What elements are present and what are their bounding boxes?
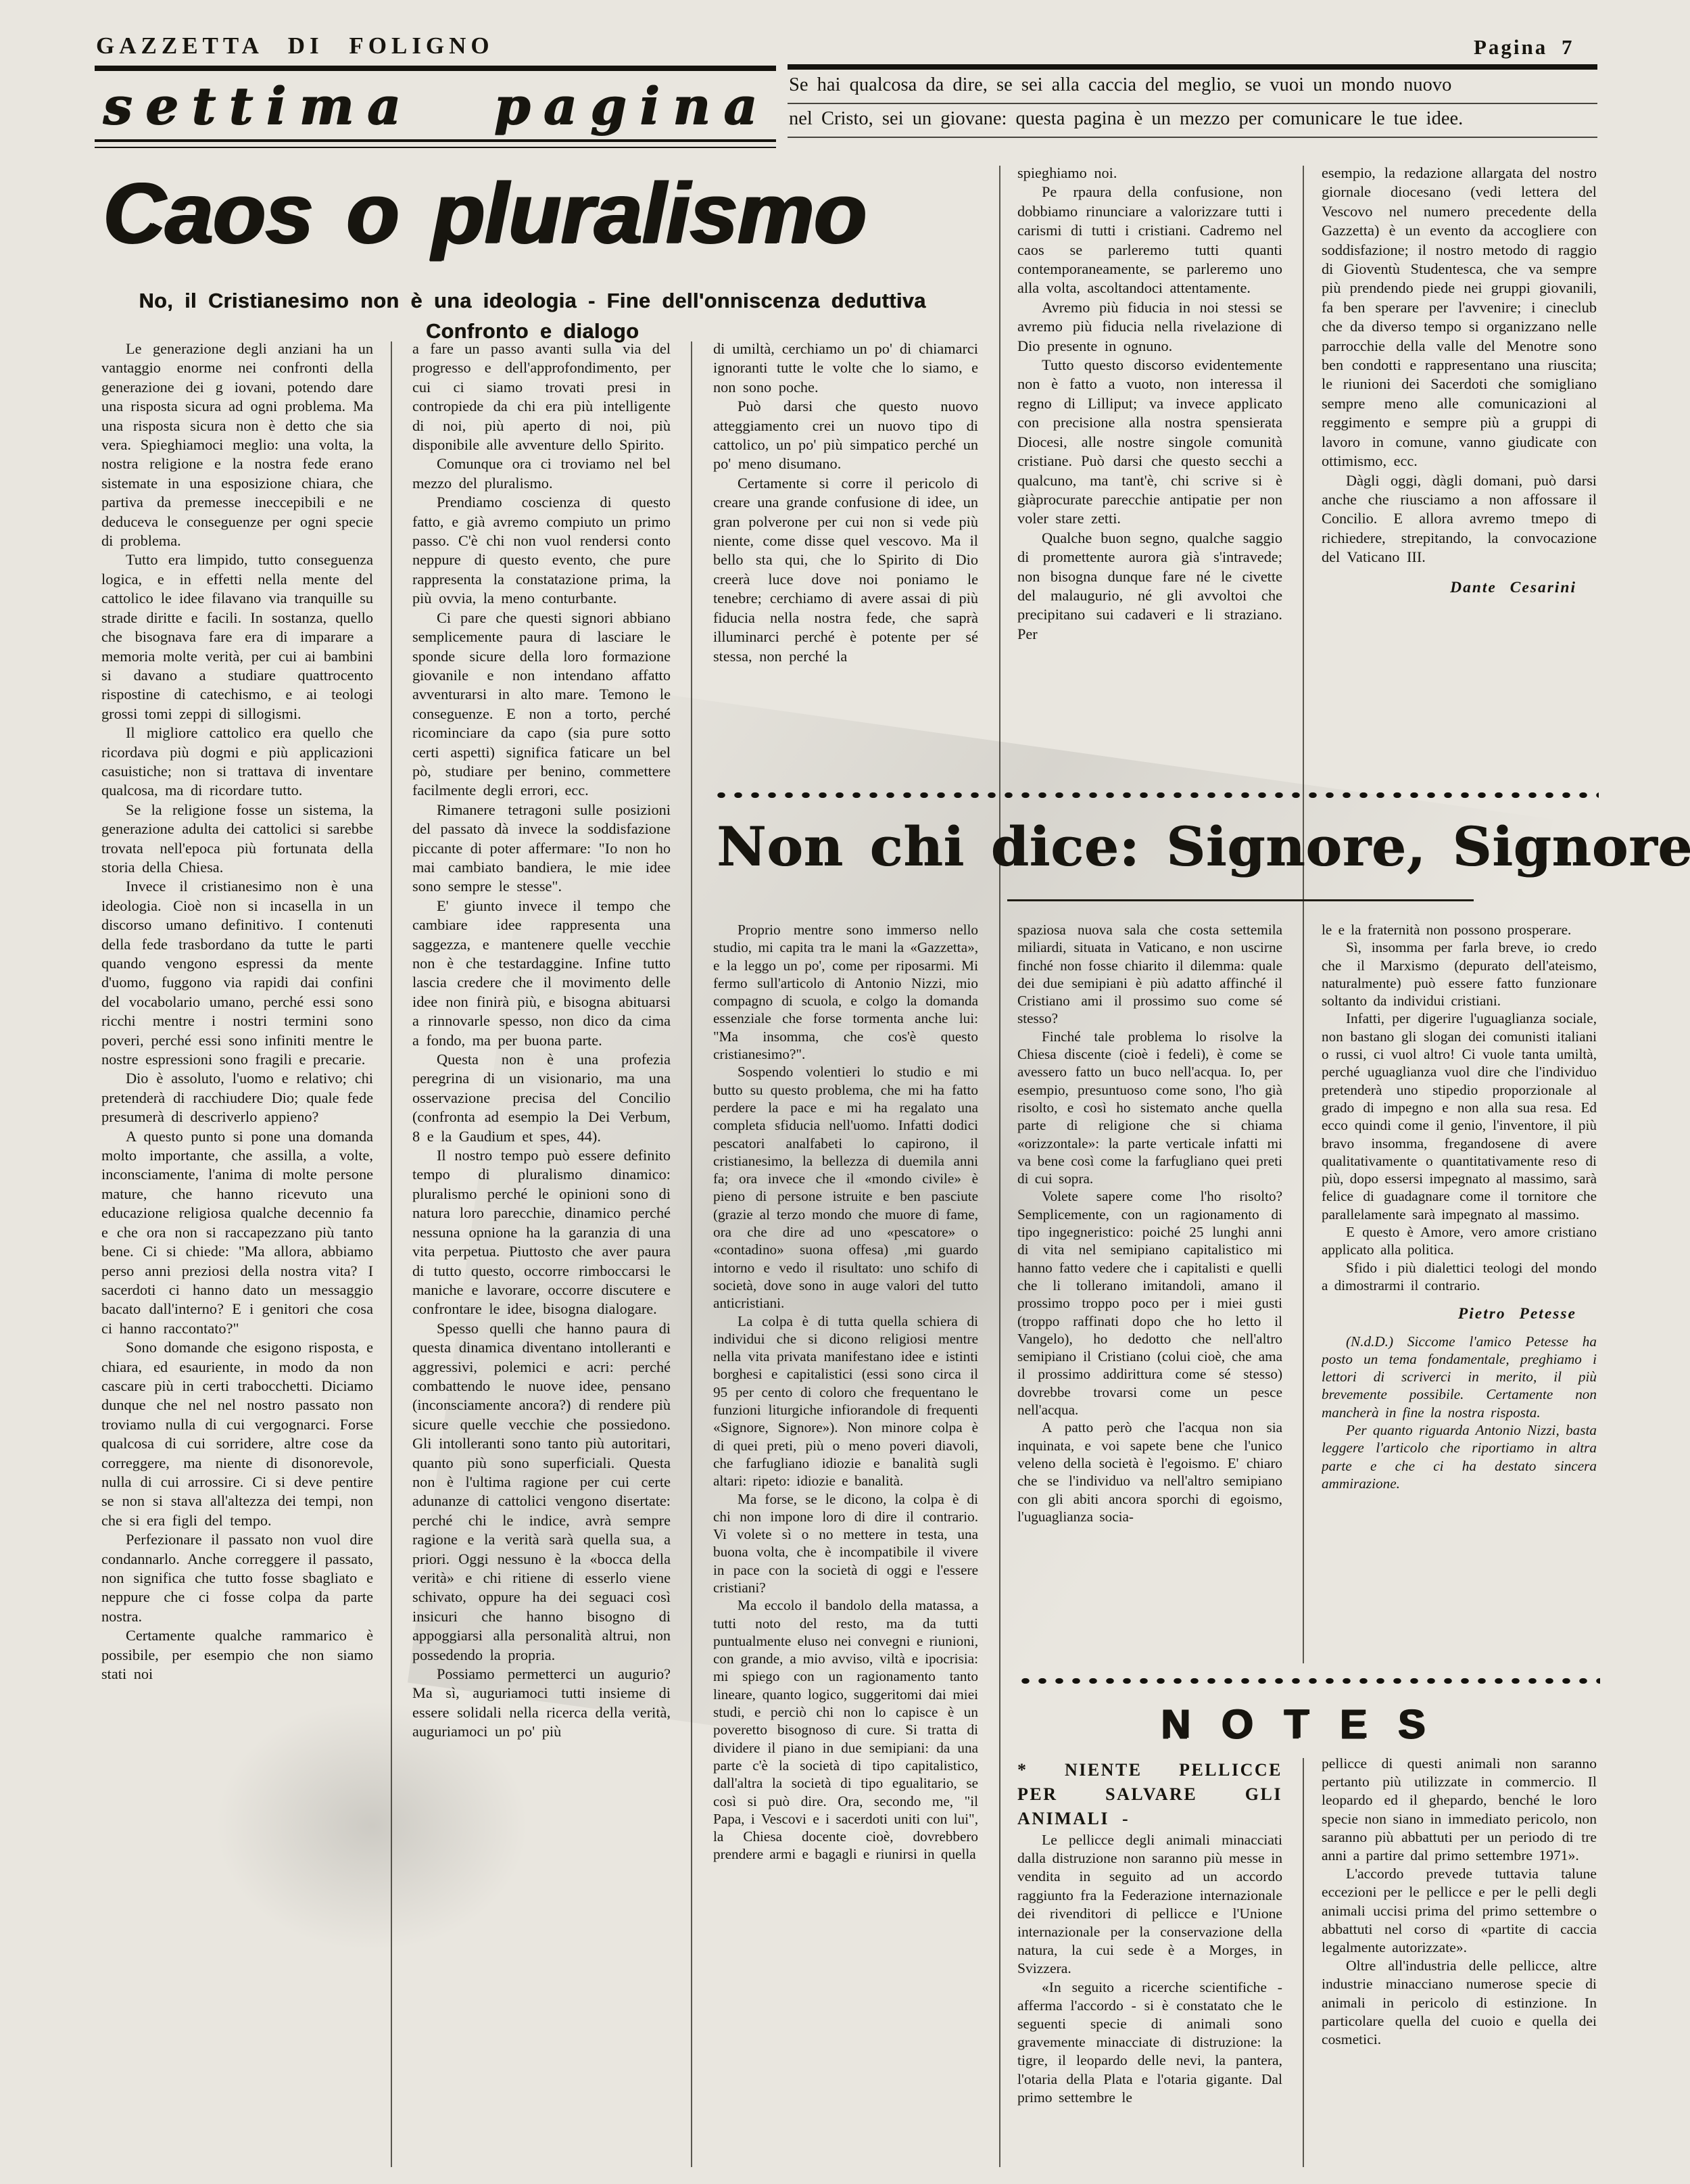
article2-column-C-text: le e la fraternità non possono prosperar… [1322,921,1597,1294]
paragraph: spieghiamo noi. [1017,164,1282,183]
article2-column-B: spaziosa nuova sala che costa settemila … [1017,921,1282,1665]
paragraph: (N.d.D.) Siccome l'amico Petesse ha post… [1322,1333,1597,1421]
paragraph: Finché tale problema lo risolve la Chies… [1017,1028,1282,1188]
paragraph: Ci pare che questi signori abbiano sempl… [412,609,671,801]
paragraph: Volete sapere come l'ho risolto? Semplic… [1017,1187,1282,1419]
paragraph: Dàgli oggi, dàgli domani, può darsi anch… [1322,471,1597,567]
tagline-line2: nel Cristo, sei un giovane: questa pagin… [788,104,1597,138]
paragraph: Spesso quelli che hanno paura di questa … [412,1319,671,1665]
paragraph: Infatti, per digerire l'uguaglianza soci… [1322,1010,1597,1223]
notes-column-1: * NIENTE PELLICCE PER SALVARE GLI ANIMAL… [1017,1758,1282,2167]
paragraph: Certamente qualche rammarico è possibile… [101,1626,373,1684]
article1-headline: Caos o pluralismo [103,164,866,262]
paragraph: A patto però che l'acqua non sia inquina… [1017,1419,1282,1525]
article2-headline: Non chi dice: Signore, Signore,... [717,815,1690,878]
paragraph: Il nostro tempo può essere definito temp… [412,1146,671,1319]
paragraph: Se la religione fosse un sistema, la gen… [101,801,373,878]
notes-column-1-text: Le pellicce degli animali minacciati dal… [1017,1831,1282,2107]
masthead-rule-left [95,66,776,71]
article1-column-2: a fare un passo avanti sulla via del pro… [412,339,671,2167]
paragraph: Tutto era limpido, tutto conseguenza log… [101,550,373,723]
paragraph: Può darsi che questo nuovo atteggiamento… [713,397,978,474]
masthead: GAZZETTA DI FOLIGNO [96,32,494,60]
paragraph: Avremo più fiducia in noi stessi se avre… [1017,298,1282,356]
paragraph: La colpa è di tutta quella schiera di in… [713,1312,978,1490]
paragraph: Ma forse, se le dicono, la colpa è di ch… [713,1490,978,1597]
paragraph: di umiltà, cerchiamo un po' di chiamarci… [713,339,978,397]
section-title: settima pagina [103,76,770,136]
article1-subhead: No, il Cristianesimo non è una ideologia… [101,289,963,343]
paragraph: Le pellicce degli animali minacciati dal… [1017,1831,1282,1978]
column-rule [1303,166,1304,1663]
paragraph: Possiamo permetterci un augurio? Ma sì, … [412,1665,671,1742]
article1-column-1: Le generazione degli anziani ha un vanta… [101,339,373,2167]
paragraph: Prendiamo coscienza di questo fatto, e g… [412,493,671,608]
paragraph: Sfido i più dialettici teologi del mondo… [1322,1259,1597,1295]
paragraph: Perfezionare il passato non vuol dire co… [101,1530,373,1626]
paragraph: Rimanere tetragoni sulle posizioni del p… [412,801,671,897]
paragraph: Questa non è una profezia peregrina di u… [412,1050,671,1146]
column-rule [1303,1758,1304,2167]
paragraph: Sì, insomma per farla breve, io credo ch… [1322,939,1597,1010]
article2-column-C: le e la fraternità non possono prosperar… [1322,921,1597,1659]
paragraph: le e la fraternità non possono prosperar… [1322,921,1597,939]
column-rule [391,341,392,2167]
tagline: Se hai qualcosa da dire, se sei alla cac… [788,70,1597,138]
article1-column-3: di umiltà, cerchiamo un po' di chiamarci… [713,339,978,776]
paragraph: A questo punto si pone una domanda molto… [101,1127,373,1338]
paragraph: pellicce di questi animali non saranno p… [1322,1755,1597,1865]
article2-column-A: Proprio mentre sono immerso nello studio… [713,921,978,2167]
newspaper-page: { "palette": { "ink": "#17150f", "paper"… [0,0,1690,2184]
paragraph: Sono domande che esigono risposta, e chi… [101,1338,373,1530]
article2-byline: Pietro Petesse [1322,1305,1597,1323]
dotted-divider [1017,1676,1600,1687]
paragraph: E questo è Amore, vero amore cristiano a… [1322,1223,1597,1259]
paragraph: Per quanto riguarda Antonio Nizzi, basta… [1322,1421,1597,1492]
paragraph: a fare un passo avanti sulla via del pro… [412,339,671,454]
article1-subhead-line1: No, il Cristianesimo non è una ideologia… [101,289,963,313]
paragraph: esempio, la redazione allargata del nost… [1322,164,1597,471]
dotted-divider [713,790,1599,801]
paragraph: Invece il cristianesimo non è una ideolo… [101,877,373,1069]
paragraph: Proprio mentre sono immerso nello studio… [713,921,978,1063]
paragraph: L'accordo prevede tuttavia talune eccezi… [1322,1865,1597,1957]
paragraph: «In seguito a ricerche scientifiche - af… [1017,1978,1282,2107]
paragraph: Il migliore cattolico era quello che ric… [101,723,373,801]
paragraph: Sospendo volentieri lo studio e mi butto… [713,1063,978,1312]
paragraph: Comunque ora ci troviamo nel bel mezzo d… [412,454,671,493]
article1-column-5-text: esempio, la redazione allargata del nost… [1322,164,1597,567]
paragraph: Tutto questo discorso evidentemente non … [1017,356,1282,529]
paragraph: Dio è assoluto, l'uomo e relativo; chi p… [101,1069,373,1126]
column-rule [691,341,692,2167]
notes-column-2: pellicce di questi animali non saranno p… [1322,1755,1597,2167]
editors-note: (N.d.D.) Siccome l'amico Petesse ha post… [1322,1333,1597,1493]
article1-byline: Dante Cesarini [1322,578,1597,597]
paragraph: Certamente si corre il pericolo di crear… [713,474,978,666]
article2-headline-underline [1007,899,1474,901]
article1-column-5: esempio, la redazione allargata del nost… [1322,164,1597,782]
paragraph: Pe rpaura della confusione, non dobbiamo… [1017,183,1282,298]
tagline-line1: Se hai qualcosa da dire, se sei alla cac… [788,70,1597,104]
notes-item-title: * NIENTE PELLICCE PER SALVARE GLI ANIMAL… [1017,1758,1282,1831]
article1-column-4: spieghiamo noi.Pe rpaura della confusion… [1017,164,1282,779]
notes-heading: NOTES [1017,1701,1599,1747]
paragraph: Le generazione degli anziani ha un vanta… [101,339,373,550]
paragraph: E' giunto invece il tempo che cambiare i… [412,897,671,1050]
paragraph: Qualche buon segno, qualche saggio di pr… [1017,529,1282,644]
paragraph: Ma eccolo il bandolo della matassa, a tu… [713,1596,978,1863]
column-rule [999,166,1000,2167]
section-title-rule [95,139,776,148]
paragraph: spaziosa nuova sala che costa settemila … [1017,921,1282,1028]
page-number: Pagina 7 [1474,35,1574,60]
masthead-rule-right [788,64,1597,70]
paragraph: Oltre all'industria delle pellicce, altr… [1322,1957,1597,2049]
